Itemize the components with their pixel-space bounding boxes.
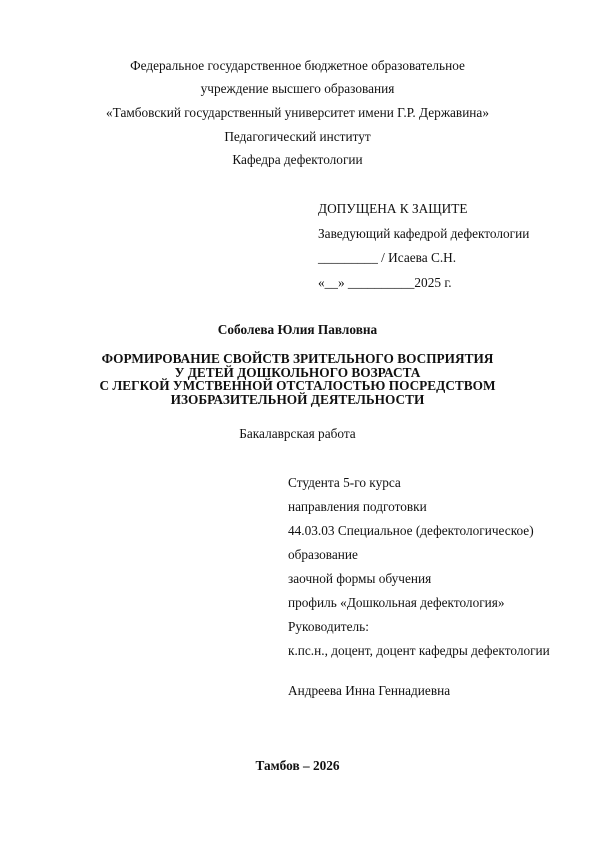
supervisor-label: Руководитель:	[288, 619, 369, 635]
header-line-university: «Тамбовский государственный университет …	[0, 105, 595, 121]
student-direction-name: образование	[288, 547, 358, 563]
header-line-institution-type: учреждение высшего образования	[0, 81, 595, 97]
student-course: Студента 5-го курса	[288, 475, 401, 491]
student-direction-code: 44.03.03 Специальное (дефектологическое)	[288, 523, 534, 539]
work-type: Бакалаврская работа	[0, 426, 595, 442]
supervisor-title: к.пс.н., доцент, доцент кафедры дефектол…	[288, 644, 552, 658]
approval-position: Заведующий кафедрой дефектологии	[318, 226, 529, 242]
approval-status: ДОПУЩЕНА К ЗАЩИТЕ	[318, 201, 467, 217]
header-line-organization-type: Федеральное государственное бюджетное об…	[0, 58, 595, 74]
thesis-title: ФОРМИРОВАНИЕ СВОЙСТВ ЗРИТЕЛЬНОГО ВОСПРИЯ…	[0, 352, 595, 406]
header-line-institute: Педагогический институт	[0, 129, 595, 145]
approval-date: «__» __________2025 г.	[318, 275, 452, 291]
student-study-form: заочной формы обучения	[288, 571, 431, 587]
header-line-department: Кафедра дефектологии	[0, 152, 595, 168]
city-year: Тамбов – 2026	[0, 758, 595, 774]
author-name: Соболева Юлия Павловна	[0, 322, 595, 338]
approval-signature: _________ / Исаева С.Н.	[318, 250, 456, 266]
thesis-title-line: ФОРМИРОВАНИЕ СВОЙСТВ ЗРИТЕЛЬНОГО ВОСПРИЯ…	[0, 352, 595, 366]
student-profile: профиль «Дошкольная дефектология»	[288, 595, 505, 611]
student-direction-label: направления подготовки	[288, 499, 427, 515]
thesis-title-line: У ДЕТЕЙ ДОШКОЛЬНОГО ВОЗРАСТА	[0, 366, 595, 380]
thesis-title-line: ИЗОБРАЗИТЕЛЬНОЙ ДЕЯТЕЛЬНОСТИ	[0, 393, 595, 407]
thesis-title-line: С ЛЕГКОЙ УМСТВЕННОЙ ОТСТАЛОСТЬЮ ПОСРЕДСТ…	[0, 379, 595, 393]
supervisor-name: Андреева Инна Геннадиевна	[288, 683, 450, 699]
